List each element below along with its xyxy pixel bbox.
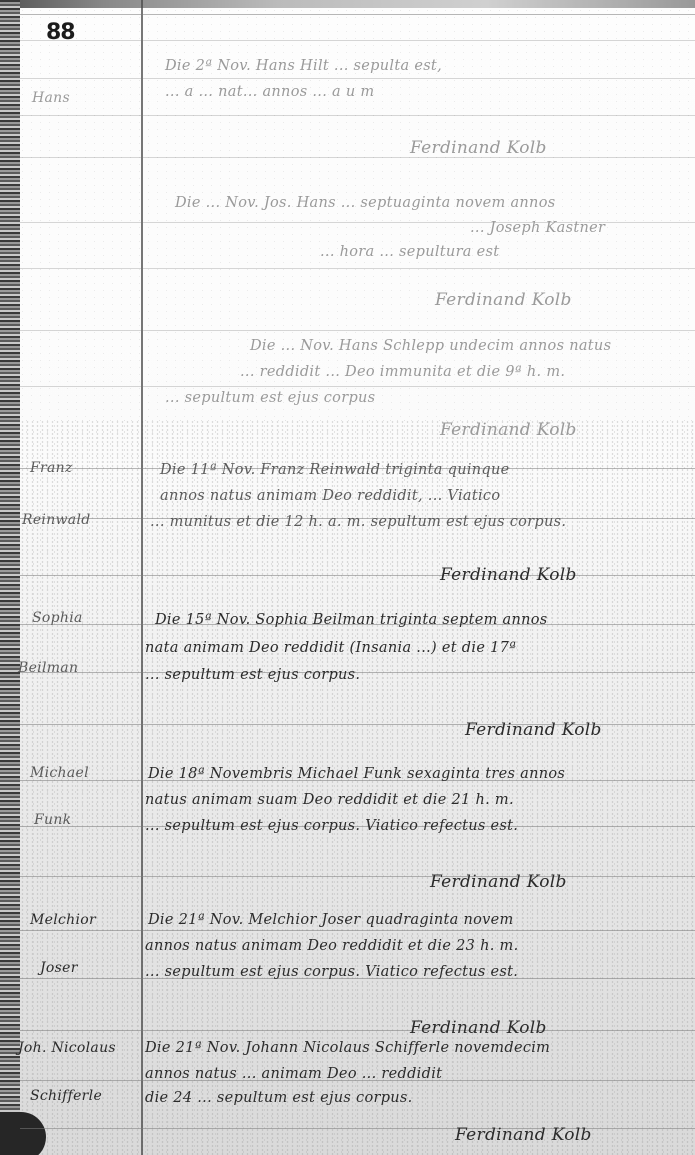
margin-name: Michael — [30, 765, 89, 781]
signature: Ferdinand Kolb — [440, 420, 577, 440]
ruled-line — [20, 1128, 695, 1129]
signature: Ferdinand Kolb — [455, 1125, 592, 1145]
entry-line: ... a ... nat... annos ... a u m — [165, 84, 374, 100]
signature: Ferdinand Kolb — [410, 138, 547, 158]
ruled-line — [20, 157, 695, 158]
signature: Ferdinand Kolb — [465, 720, 602, 740]
scan-top-edge — [0, 0, 695, 8]
margin-name: Funk — [34, 812, 71, 828]
signature: Ferdinand Kolb — [430, 872, 567, 892]
book-binding-edge — [0, 0, 20, 1155]
signature: Ferdinand Kolb — [435, 290, 572, 310]
margin-name: Reinwald — [22, 512, 91, 528]
signature: Ferdinand Kolb — [440, 565, 577, 585]
entry-line: Die ... Nov. Hans Schlepp undecim annos … — [250, 338, 611, 354]
margin-column-rule — [141, 0, 143, 1155]
entry-line: ... hora ... sepultura est — [320, 244, 499, 260]
ruled-line — [20, 386, 695, 387]
margin-name: Beilman — [18, 660, 78, 676]
entry-line: ... sepultum est ejus corpus — [165, 390, 375, 406]
entry-line: annos natus animam Deo reddidit et die 2… — [145, 938, 519, 954]
margin-name: Joh. Nicolaus — [18, 1040, 116, 1056]
ruled-line — [20, 330, 695, 331]
entry-line: ... sepultum est ejus corpus. — [145, 667, 360, 683]
ruled-line — [20, 930, 695, 931]
margin-name: Franz — [30, 460, 73, 476]
entry-line: Die 11ª Nov. Franz Reinwald triginta qui… — [160, 462, 510, 478]
entry-line: annos natus animam Deo reddidit, ... Via… — [160, 488, 500, 504]
ruled-line — [20, 115, 695, 116]
entry-line: annos natus ... animam Deo ... reddidit — [145, 1066, 442, 1082]
margin-name: Melchior — [30, 912, 96, 928]
entry-line: Die 21ª Nov. Melchior Joser quadraginta … — [148, 912, 514, 928]
ruled-line — [20, 78, 695, 79]
margin-name: Sophia — [32, 610, 83, 626]
margin-name: Schifferle — [30, 1088, 102, 1104]
ruled-line — [20, 1030, 695, 1031]
entry-line: Die ... Nov. Jos. Hans ... septuaginta n… — [175, 195, 555, 211]
signature: Ferdinand Kolb — [410, 1018, 547, 1038]
entry-line: Die 2ª Nov. Hans Hilt ... sepulta est, — [165, 58, 442, 74]
ruled-line — [20, 876, 695, 877]
entry-line: Die 21ª Nov. Johann Nicolaus Schifferle … — [145, 1040, 550, 1056]
ruled-line — [20, 575, 695, 576]
margin-name: Hans — [32, 90, 70, 106]
entry-line: nata animam Deo reddidit (Insania ...) e… — [145, 640, 516, 656]
entry-line: ... sepultum est ejus corpus. Viatico re… — [145, 818, 518, 834]
entry-line: natus animam suam Deo reddidit et die 21… — [145, 792, 514, 808]
entry-line: ... Joseph Kastner — [470, 220, 605, 236]
entry-line: Die 18ª Novembris Michael Funk sexaginta… — [148, 766, 565, 782]
entry-line: die 24 ... sepultum est ejus corpus. — [145, 1090, 413, 1106]
entry-line: ... reddidit ... Deo immunita et die 9ª … — [240, 364, 565, 380]
entry-line: ... munitus et die 12 h. a. m. sepultum … — [150, 514, 566, 530]
ruled-line — [20, 14, 695, 15]
margin-name: Joser — [40, 960, 78, 976]
entry-line: Die 15ª Nov. Sophia Beilman triginta sep… — [155, 612, 548, 628]
entry-line: ... sepultum est ejus corpus. Viatico re… — [145, 964, 518, 980]
page-number: 88 — [46, 20, 75, 45]
register-page: 88 Hans Die 2ª Nov. Hans Hilt ... sepult… — [0, 0, 695, 1155]
ruled-line — [20, 40, 695, 41]
ruled-line — [20, 268, 695, 269]
